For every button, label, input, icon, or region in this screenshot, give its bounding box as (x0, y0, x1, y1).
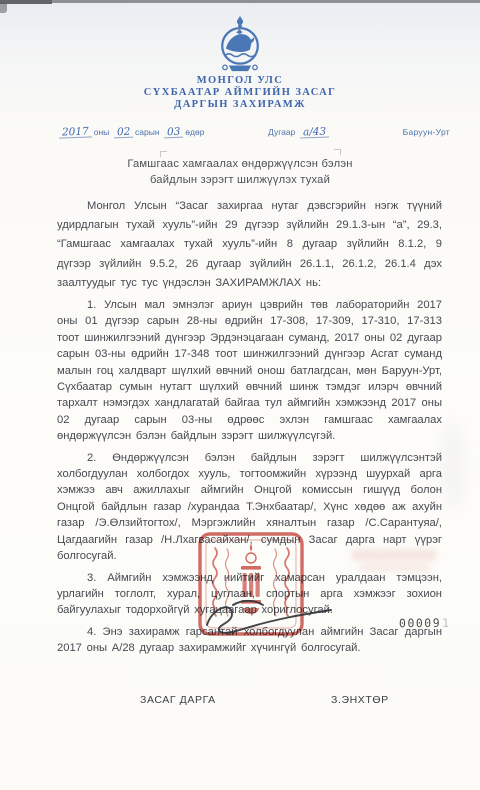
date-day-handwritten: 03 (164, 127, 184, 139)
preamble-paragraph: Монгол Улсын “Засаг захиргаа нутаг дэвсг… (57, 197, 442, 293)
signer-role: ЗАСАГ ДАРГА (140, 694, 216, 706)
document-page: МОНГОЛ УЛС СҮХБААТАР АЙМГИЙН ЗАСАГ ДАРГЫ… (0, 0, 480, 790)
ink-bleed-mark (352, 549, 436, 561)
handwritten-signature-icon (193, 583, 345, 639)
letterhead-org-line1: СҮХБААТАР АЙМГИЙН ЗАСАГ (0, 87, 480, 99)
date-day-label: өдөр (185, 127, 204, 137)
crop-mark-left (160, 151, 167, 157)
serial-number: 000091 (399, 616, 451, 630)
signature-row: ЗАСАГ ДАРГА З.ЭНХТӨР (0, 694, 480, 710)
place-name: Баруун-Урт (403, 127, 450, 137)
date-month-label: сарын (135, 127, 160, 137)
signer-name: З.ЭНХТӨР (331, 694, 389, 706)
clause-1: 1. Улсын мал эмнэлэг ариун цэврийн төв л… (57, 297, 442, 445)
document-title-line2: байдлын зэрэгт шилжүүлэх тухай (0, 172, 480, 188)
ink-bleed-mark (360, 563, 430, 572)
letterhead-org-line2: ДАРГЫН ЗАХИРАМЖ (0, 99, 480, 111)
scan-corner-mark (0, 2, 7, 13)
date-year-label: оны (94, 127, 110, 137)
decree-number-label: Дугаар (268, 127, 295, 137)
date-line: 2017оны 02сарын 03өдөр (57, 127, 204, 138)
serial-number-value: 00009 (399, 616, 441, 630)
letterhead-country: МОНГОЛ УЛС (0, 75, 480, 87)
decree-number: Дугаар а/43 (268, 127, 331, 138)
document-title-line1: Гамшгаас хамгаалах өндөржүүлсэн бэлэн (0, 156, 480, 172)
date-month-handwritten: 02 (113, 127, 133, 139)
crop-mark-right (334, 149, 341, 155)
decree-number-handwritten: а/43 (299, 126, 329, 138)
mongolia-emblem-icon (211, 15, 269, 73)
letterhead: МОНГОЛ УЛС СҮХБААТАР АЙМГИЙН ЗАСАГ ДАРГЫ… (0, 0, 480, 111)
date-year-handwritten: 2017 (59, 126, 92, 138)
serial-number-faint-digit: 1 (442, 616, 451, 630)
scan-smudge (440, 420, 466, 510)
scan-edge (0, 0, 480, 3)
meta-row: 2017оны 02сарын 03өдөр Дугаар а/43 Баруу… (0, 125, 480, 143)
document-title: Гамшгаас хамгаалах өндөржүүлсэн бэлэн ба… (0, 156, 480, 188)
